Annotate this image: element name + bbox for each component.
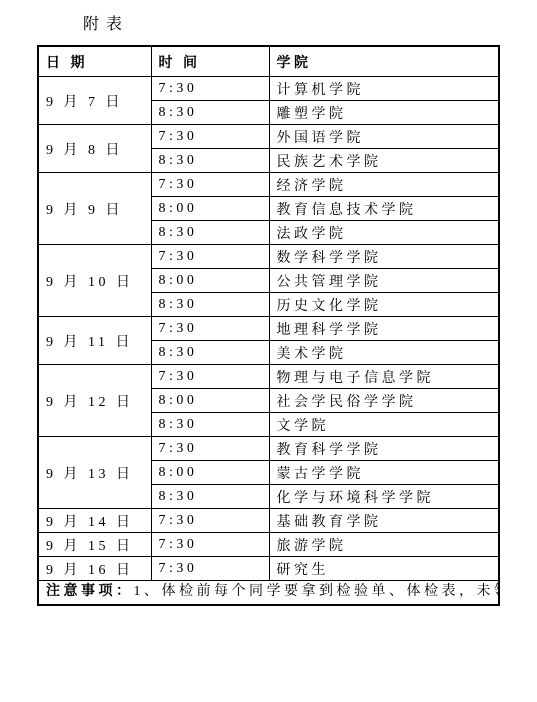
- table-row: 9 月 8 日 7:30 外国语学院: [38, 125, 499, 149]
- time-cell: 8:30: [151, 341, 269, 365]
- page-title: 附表: [83, 11, 129, 34]
- college-cell: 数学科学学院: [269, 245, 499, 269]
- date-cell: 9 月 13 日: [38, 437, 151, 509]
- date-cell: 9 月 10 日: [38, 245, 151, 317]
- time-cell: 8:30: [151, 149, 269, 173]
- time-cell: 7:30: [151, 509, 269, 533]
- table-row: 9 月 16 日 7:30 研究生: [38, 557, 499, 581]
- document-page: 附表 日 期 时 间 学院 9 月 7 日 7:30 计算机学院 8:30 雕塑…: [0, 0, 537, 702]
- date-cell: 9 月 7 日: [38, 77, 151, 125]
- date-cell: 9 月 11 日: [38, 317, 151, 365]
- time-cell: 7:30: [151, 77, 269, 101]
- time-cell: 7:30: [151, 437, 269, 461]
- college-cell: 外国语学院: [269, 125, 499, 149]
- time-cell: 8:30: [151, 413, 269, 437]
- time-cell: 7:30: [151, 245, 269, 269]
- time-cell: 7:30: [151, 173, 269, 197]
- college-cell: 美术学院: [269, 341, 499, 365]
- college-cell: 教育信息技术学院: [269, 197, 499, 221]
- time-cell: 7:30: [151, 317, 269, 341]
- college-cell: 教育科学学院: [269, 437, 499, 461]
- college-cell: 雕塑学院: [269, 101, 499, 125]
- table-row: 9 月 10 日 7:30 数学科学学院: [38, 245, 499, 269]
- college-cell: 社会学民俗学学院: [269, 389, 499, 413]
- notes-row: 注意事项：1、体检前每个同学要拿到检验单、体检表，未领表的同学请于体检前来门诊部…: [38, 581, 499, 606]
- table-row: 9 月 11 日 7:30 地理科学学院: [38, 317, 499, 341]
- table-row: 9 月 12 日 7:30 物理与电子信息学院: [38, 365, 499, 389]
- date-cell: 9 月 8 日: [38, 125, 151, 173]
- time-cell: 8:30: [151, 293, 269, 317]
- college-cell: 计算机学院: [269, 77, 499, 101]
- college-cell: 基础教育学院: [269, 509, 499, 533]
- note-label: 注意事项：: [46, 584, 134, 599]
- college-cell: 蒙古学学院: [269, 461, 499, 485]
- header-date: 日 期: [38, 46, 151, 77]
- college-cell: 化学与环境科学学院: [269, 485, 499, 509]
- time-cell: 7:30: [151, 365, 269, 389]
- time-cell: 8:30: [151, 485, 269, 509]
- notes-cell: 注意事项：1、体检前每个同学要拿到检验单、体检表，未领表的同学请于体检前来门诊部…: [38, 581, 499, 606]
- date-cell: 9 月 14 日: [38, 509, 151, 533]
- table-row: 9 月 14 日 7:30 基础教育学院: [38, 509, 499, 533]
- time-cell: 8:00: [151, 461, 269, 485]
- time-cell: 8:30: [151, 101, 269, 125]
- time-cell: 8:00: [151, 197, 269, 221]
- college-cell: 文学院: [269, 413, 499, 437]
- time-cell: 7:30: [151, 125, 269, 149]
- table-row: 9 月 15 日 7:30 旅游学院: [38, 533, 499, 557]
- header-college: 学院: [269, 46, 499, 77]
- college-cell: 旅游学院: [269, 533, 499, 557]
- date-cell: 9 月 15 日: [38, 533, 151, 557]
- college-cell: 物理与电子信息学院: [269, 365, 499, 389]
- time-cell: 7:30: [151, 533, 269, 557]
- time-cell: 7:30: [151, 557, 269, 581]
- time-cell: 8:30: [151, 221, 269, 245]
- college-cell: 法政学院: [269, 221, 499, 245]
- table-row: 9 月 7 日 7:30 计算机学院: [38, 77, 499, 101]
- table-row: 9 月 13 日 7:30 教育科学学院: [38, 437, 499, 461]
- college-cell: 历史文化学院: [269, 293, 499, 317]
- college-cell: 地理科学学院: [269, 317, 499, 341]
- table-header-row: 日 期 时 间 学院: [38, 46, 499, 77]
- college-cell: 民族艺术学院: [269, 149, 499, 173]
- college-cell: 经济学院: [269, 173, 499, 197]
- college-cell: 公共管理学院: [269, 269, 499, 293]
- time-cell: 8:00: [151, 389, 269, 413]
- date-cell: 9 月 9 日: [38, 173, 151, 245]
- note-text: 1、体检前每个同学要拿到检验单、体检表，未领表的同学请于体检前来门诊部办公室领表…: [134, 584, 500, 599]
- schedule-table: 日 期 时 间 学院 9 月 7 日 7:30 计算机学院 8:30 雕塑学院 …: [37, 45, 500, 606]
- time-cell: 8:00: [151, 269, 269, 293]
- header-time: 时 间: [151, 46, 269, 77]
- college-cell: 研究生: [269, 557, 499, 581]
- date-cell: 9 月 12 日: [38, 365, 151, 437]
- date-cell: 9 月 16 日: [38, 557, 151, 581]
- table-row: 9 月 9 日 7:30 经济学院: [38, 173, 499, 197]
